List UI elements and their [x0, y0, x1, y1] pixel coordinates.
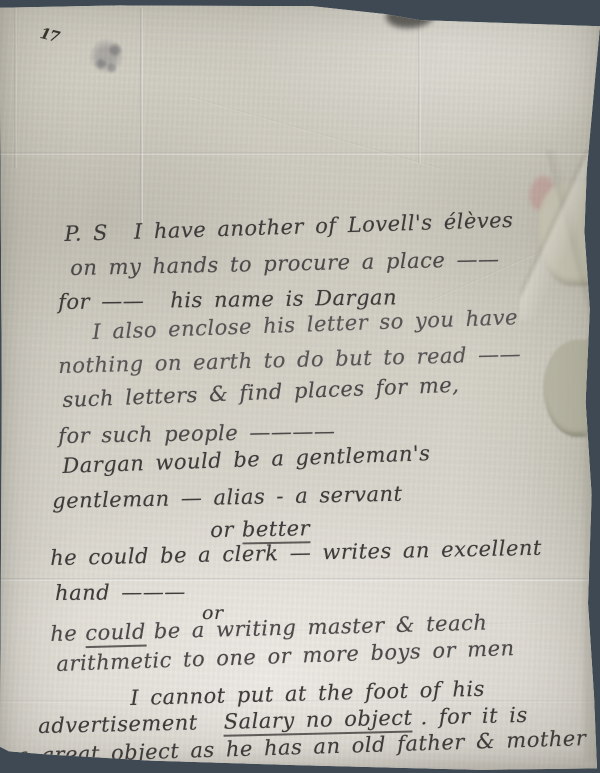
letter-line: hand ——— — [55, 580, 186, 605]
letter-line: gentleman — alias - a servant — [52, 482, 403, 513]
letter-line: on my hands to procure a place —— — [70, 247, 500, 280]
letter-line: such letters & find places for me, — [62, 373, 460, 412]
photographed-letter: 17 P. SI have another of Lovell's élèves… — [0, 0, 600, 773]
letter-line: for ——his name is Dargan — [58, 285, 397, 314]
letter-line: he could be a clerk — writes an excellen… — [50, 536, 542, 570]
paper-sheet: 17 P. SI have another of Lovell's élèves… — [0, 0, 600, 773]
letter-line: P. SI have another of Lovell's élèves — [64, 208, 514, 246]
handwritten-text: P. SI have another of Lovell's élèves on… — [0, 0, 600, 773]
letter-line: for such people ———— — [58, 419, 336, 448]
